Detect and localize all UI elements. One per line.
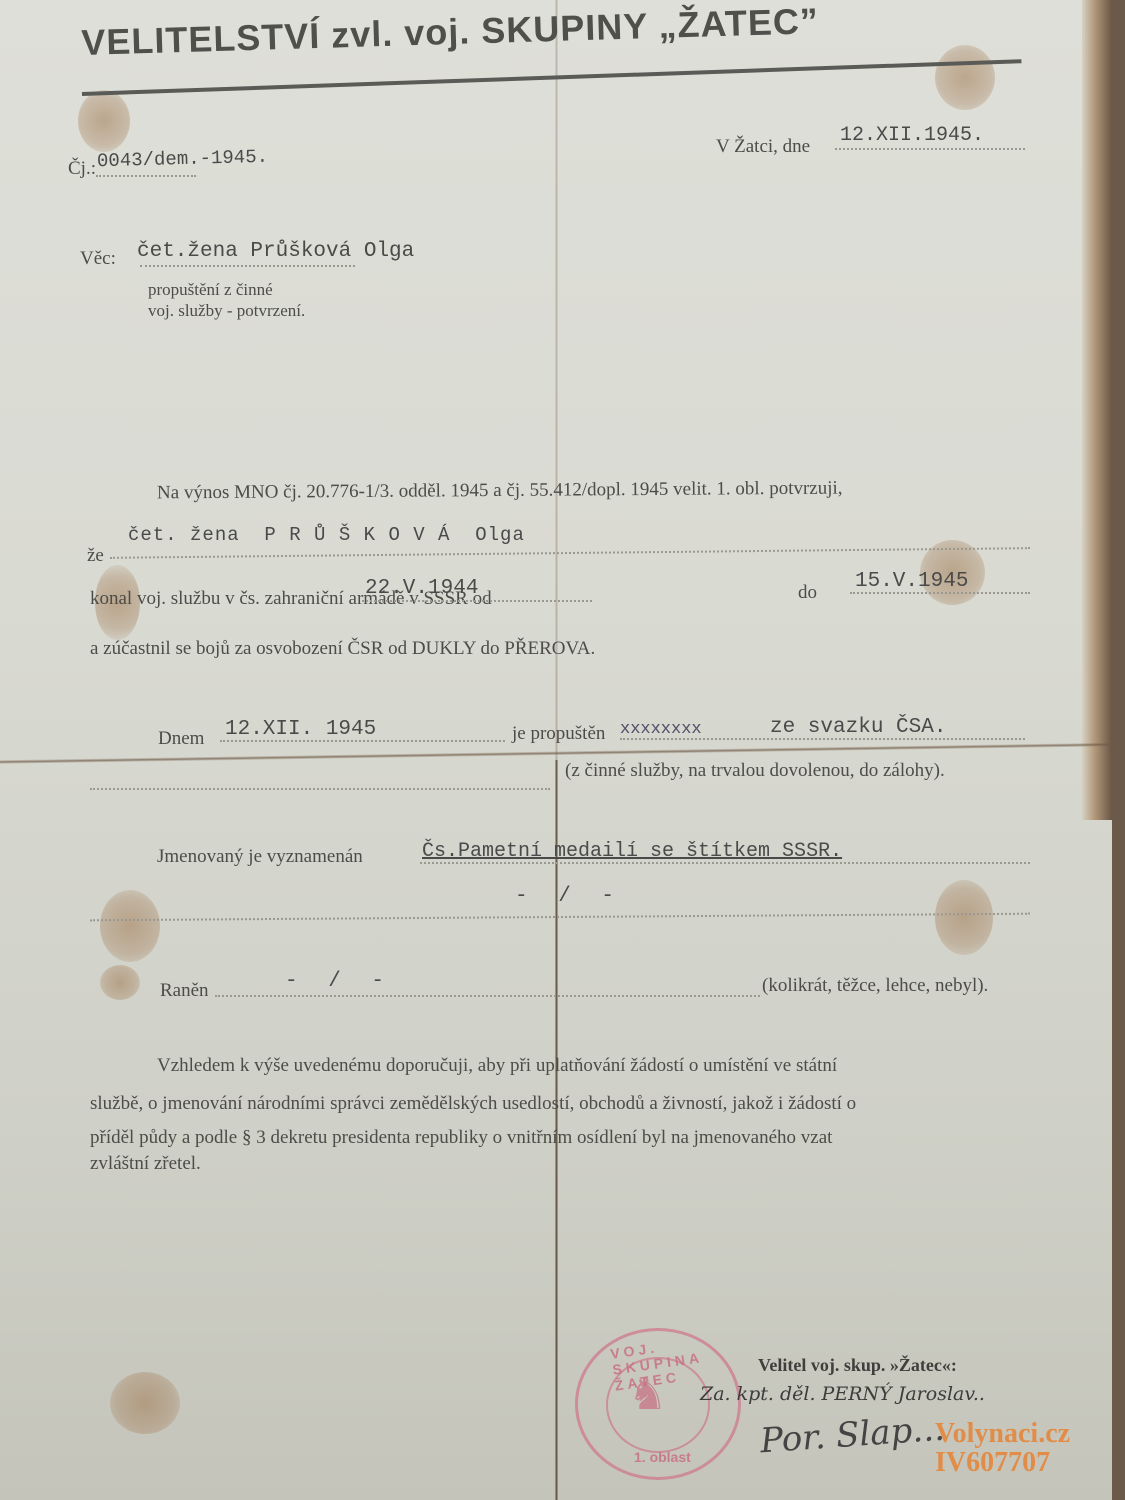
- person-name: čet. žena P R Ů Š K O V Á Olga: [128, 524, 525, 546]
- release-mid: je propuštěn: [512, 723, 605, 745]
- stain: [935, 880, 993, 955]
- wounded-value: - / -: [285, 970, 384, 993]
- document-sheet: VELITELSTVÍ zvl. voj. SKUPINY „ŽATEC” Čj…: [0, 0, 1112, 1500]
- decoration-label: Jmenovaný je vyznamenán: [157, 846, 363, 868]
- wounded-options: (kolikrát, těžce, lehce, nebyl).: [762, 975, 988, 997]
- recommendation-line-1: Vzhledem k výše uvedenému doporučuji, ab…: [157, 1055, 837, 1077]
- signature-name: Za. kpt. děl. PERNÝ Jaroslav..: [700, 1383, 985, 1405]
- header-rule: [82, 59, 1022, 96]
- that-label: že: [87, 545, 104, 567]
- torn-edge: [1082, 0, 1112, 820]
- release-value: ze svazku ČSA.: [770, 716, 946, 739]
- watermark-line1: Volynaci.cz: [935, 1418, 1070, 1450]
- release-date: 12.XII. 1945: [225, 718, 376, 741]
- wounded-label: Raněn: [160, 980, 209, 1002]
- stain: [78, 90, 130, 152]
- reference-label: Čj.:: [68, 158, 96, 180]
- recommendation-line-2: službě, o jmenování národními správci ze…: [90, 1093, 856, 1115]
- service-from: 22.V.1944: [365, 577, 478, 600]
- service-to-label: do: [798, 582, 817, 604]
- stain: [110, 1372, 180, 1434]
- reference-value: 0043/dem.-1945.: [97, 146, 269, 172]
- service-to: 15.V.1945: [855, 570, 968, 593]
- header-title: VELITELSTVÍ zvl. voj. SKUPINY „ŽATEC”: [81, 0, 820, 64]
- subject-line2: voj. služby - potvrzení.: [148, 301, 305, 321]
- release-options: (z činné služby, na trvalou dovolenou, d…: [565, 760, 945, 782]
- subject-label: Věc:: [80, 248, 116, 270]
- recommendation-line-4: zvláštní zřetel.: [90, 1153, 201, 1175]
- stamp-bottom-text: 1. oblast: [634, 1449, 691, 1465]
- stain: [935, 45, 995, 110]
- subject-value: čet.žena Průšková Olga: [137, 240, 414, 263]
- struck-text: xxxxxxxx: [620, 720, 702, 739]
- stain: [100, 965, 140, 1000]
- subject-line1: propuštění z činné: [148, 280, 273, 300]
- battles-line: a zúčastnil se bojů za osvobození ČSR od…: [90, 638, 595, 660]
- recommendation-line-3: příděl půdy a podle § 3 dekretu presiden…: [90, 1127, 832, 1149]
- place-date-label: V Žatci, dne: [716, 136, 810, 158]
- stain: [100, 890, 160, 962]
- release-label: Dnem: [158, 728, 204, 750]
- decoration-value: Čs.Pametní medailí se štítkem SSSR.: [422, 840, 842, 863]
- signature-title: Velitel voj. skup. »Žatec«:: [758, 1355, 957, 1376]
- watermark-line2: IV607707: [935, 1447, 1050, 1479]
- decree-line: Na výnos MNO čj. 20.776-1/3. odděl. 1945…: [157, 478, 843, 505]
- decoration-line2: - / -: [515, 885, 614, 908]
- handwritten-signature: Por. Slap...: [759, 1409, 946, 1462]
- date-value: 12.XII.1945.: [840, 124, 984, 147]
